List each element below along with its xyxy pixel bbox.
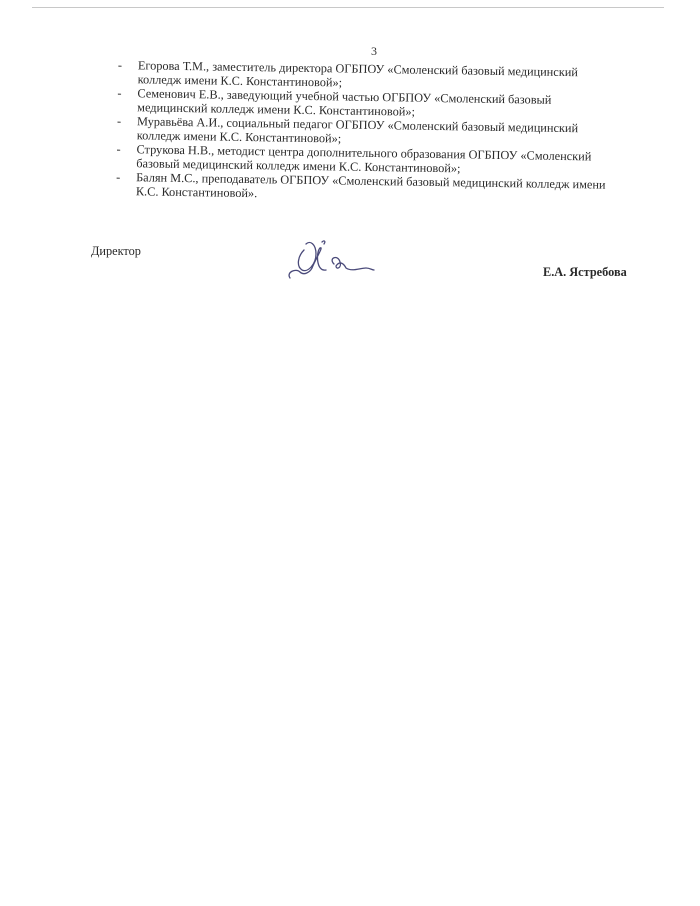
list-bullet: -	[117, 86, 127, 100]
page-number: 3	[371, 44, 377, 59]
signatory-name: Е.А. Ястребова	[543, 265, 627, 280]
signatory-title: Директор	[91, 244, 141, 259]
signature-icon	[282, 228, 382, 284]
list-bullet: -	[116, 170, 126, 184]
member-list: - Егорова Т.М., заместитель директора ОГ…	[116, 58, 638, 206]
list-bullet: -	[117, 114, 127, 128]
list-bullet: -	[118, 58, 128, 72]
list-bullet: -	[116, 142, 126, 156]
scan-top-edge	[32, 7, 664, 8]
